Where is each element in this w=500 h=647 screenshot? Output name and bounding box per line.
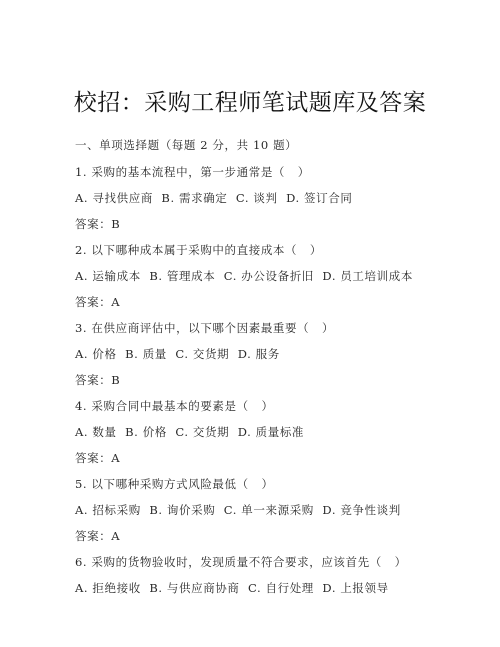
question-2-answer: 答案：A	[75, 294, 120, 310]
question-5-answer: 答案：A	[75, 528, 120, 544]
question-4-options: A. 数量 B. 价格 C. 交货期 D. 质量标准	[75, 424, 304, 440]
question-3-options: A. 价格 B. 质量 C. 交货期 D. 服务	[75, 346, 280, 362]
question-3-text: 3. 在供应商评估中，以下哪个因素最重要（ ）	[75, 320, 334, 336]
question-4-text: 4. 采购合同中最基本的要素是（ ）	[75, 398, 274, 414]
question-5-text: 5. 以下哪种采购方式风险最低（ ）	[75, 476, 274, 492]
document-title: 校招：采购工程师笔试题库及答案	[0, 84, 500, 117]
question-1-answer: 答案：B	[75, 216, 120, 232]
question-6-options: A. 拒绝接收 B. 与供应商协商 C. 自行处理 D. 上报领导	[75, 580, 389, 596]
question-5-options: A. 招标采购 B. 询价采购 C. 单一来源采购 D. 竞争性谈判	[75, 502, 401, 518]
question-1-text: 1. 采购的基本流程中，第一步通常是（ ）	[75, 164, 310, 180]
question-6-text: 6. 采购的货物验收时，发现质量不符合要求，应该首先（ ）	[75, 554, 407, 570]
section-heading: 一、单项选择题（每题 2 分，共 10 题）	[75, 137, 297, 153]
question-1-options: A. 寻找供应商 B. 需求确定 C. 谈判 D. 签订合同	[75, 190, 352, 206]
question-4-answer: 答案：A	[75, 450, 120, 466]
question-2-options: A. 运输成本 B. 管理成本 C. 办公设备折旧 D. 员工培训成本	[75, 268, 413, 284]
question-3-answer: 答案：B	[75, 372, 120, 388]
question-2-text: 2. 以下哪种成本属于采购中的直接成本（ ）	[75, 242, 322, 258]
